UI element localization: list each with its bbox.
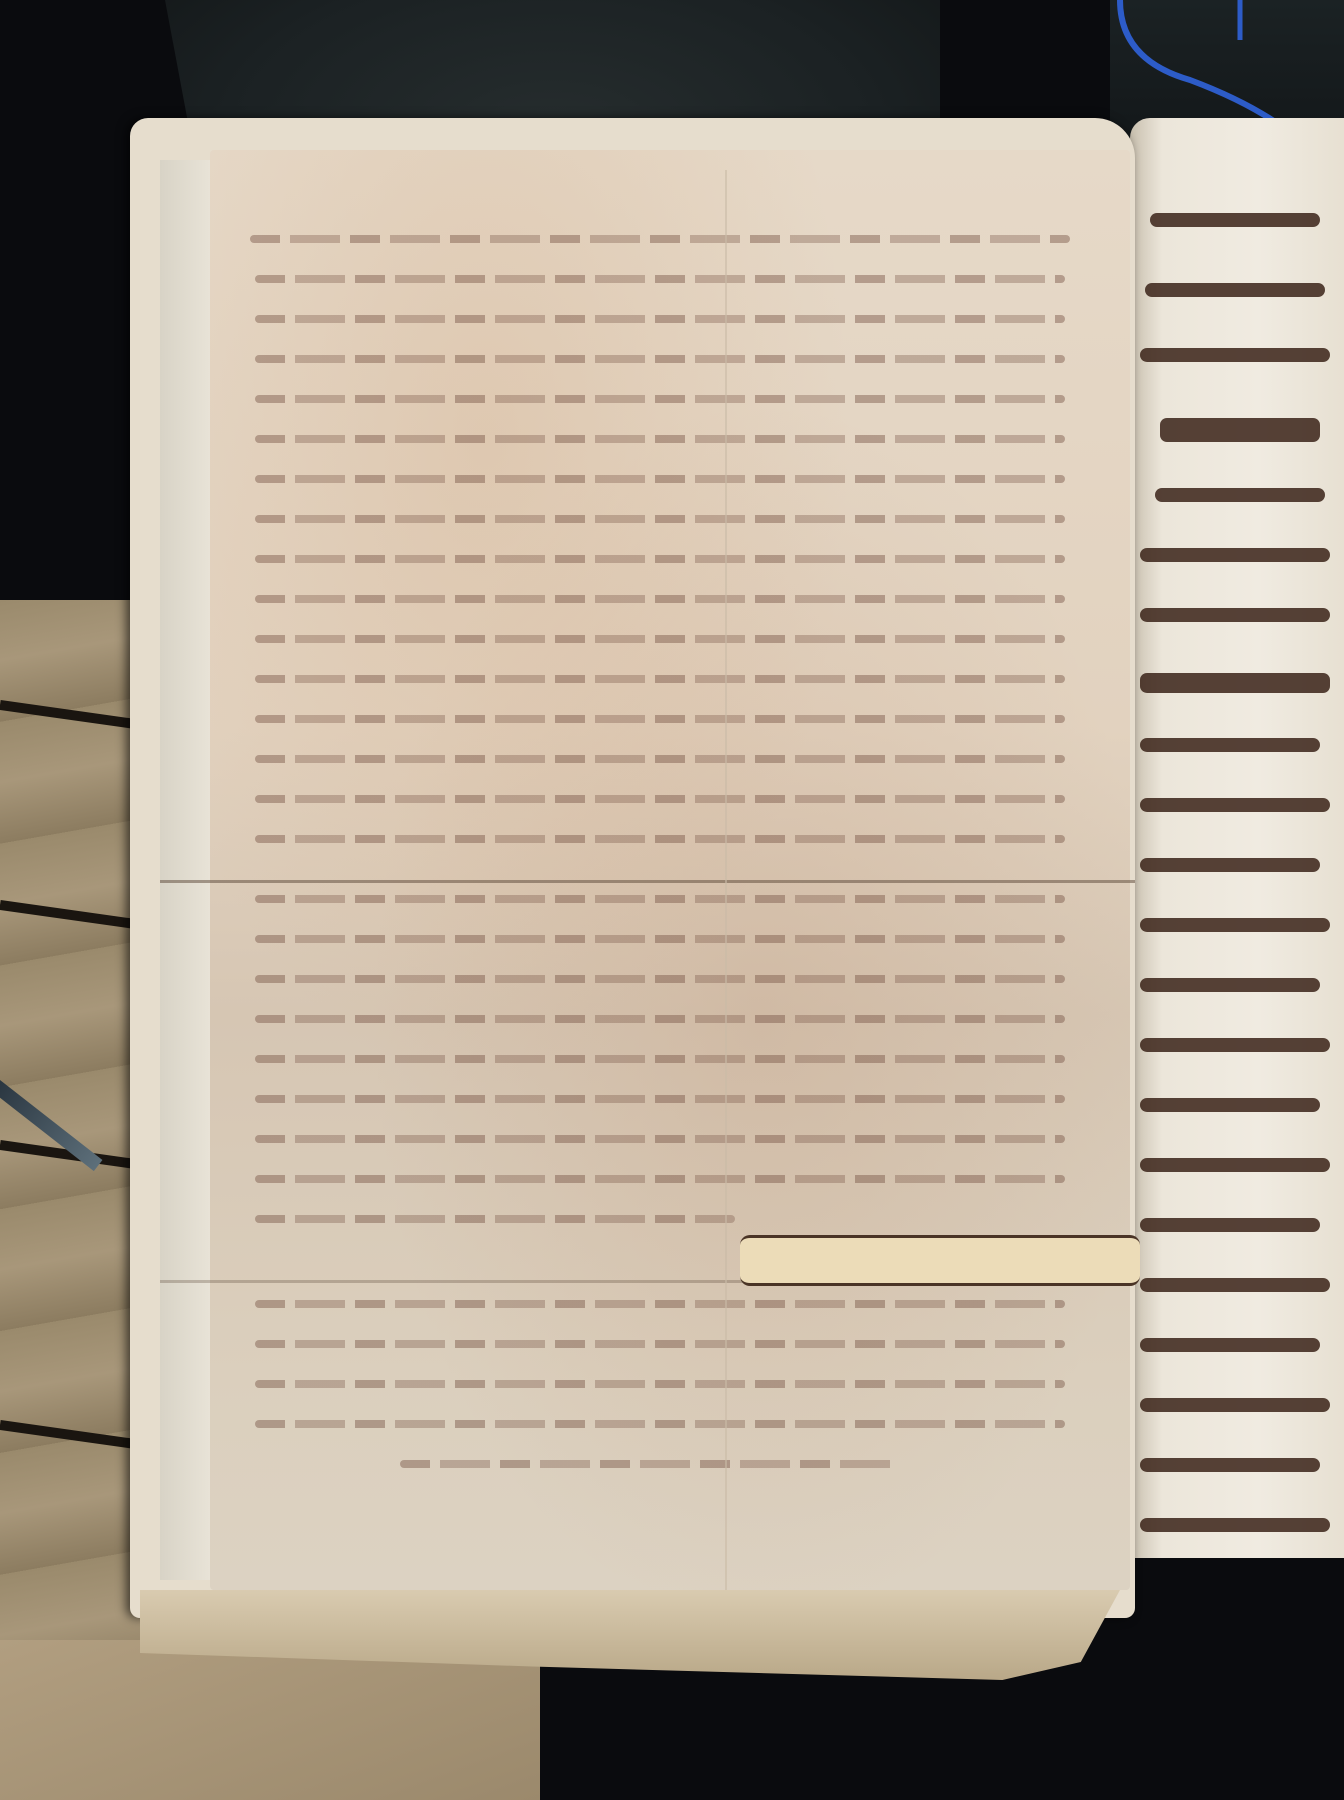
ink-line <box>1140 1458 1320 1472</box>
bleed-through-text <box>255 1135 1065 1143</box>
bleed-through-text <box>255 475 1065 483</box>
bleed-through-text <box>255 1055 1065 1063</box>
ink-line <box>1140 798 1330 812</box>
bleed-through-text <box>255 395 1065 403</box>
ink-line <box>1140 918 1330 932</box>
ink-line <box>1140 1098 1320 1112</box>
bleed-through-text <box>255 795 1065 803</box>
ink-line <box>1140 738 1320 752</box>
bleed-through-text <box>255 595 1065 603</box>
bleed-through-text <box>255 1175 1065 1183</box>
ink-line <box>1140 548 1330 562</box>
bleed-through-text <box>255 715 1065 723</box>
ink-line <box>1140 1398 1330 1412</box>
ink-line <box>1140 1158 1330 1172</box>
bleed-through-text <box>255 635 1065 643</box>
bleed-through-text <box>255 355 1065 363</box>
bleed-through-text <box>255 1340 1065 1348</box>
ink-line <box>1160 418 1320 442</box>
bleed-through-text <box>255 1215 735 1223</box>
bleed-through-text <box>255 435 1065 443</box>
ink-line <box>1140 1038 1330 1052</box>
ink-line <box>1155 488 1325 502</box>
bleed-through-text <box>255 755 1065 763</box>
bleed-through-text <box>255 895 1065 903</box>
right-page <box>1130 118 1344 1558</box>
bleed-through-text <box>255 835 1065 843</box>
bleed-through-text <box>400 1460 900 1468</box>
bleed-through-text <box>255 275 1065 283</box>
bleed-through-text <box>255 1380 1065 1388</box>
bleed-through-text <box>255 515 1065 523</box>
bleed-through-text <box>255 315 1065 323</box>
bleed-through-text <box>255 1095 1065 1103</box>
bleed-through-text <box>255 555 1065 563</box>
bleed-through-text <box>255 935 1065 943</box>
ink-line <box>1140 348 1330 362</box>
fold-crease <box>160 880 1135 883</box>
ink-line <box>1140 608 1330 622</box>
manuscript-photo: Photograph of an open antique handwritte… <box>0 0 1344 1800</box>
ink-line <box>1140 673 1330 693</box>
page-margin <box>160 160 210 1580</box>
bleed-through-text <box>255 1015 1065 1023</box>
bleed-through-text <box>255 675 1065 683</box>
ink-line <box>1140 1518 1330 1532</box>
torn-area <box>740 1235 1140 1286</box>
center-fold <box>725 170 727 1590</box>
ink-line <box>1140 1218 1320 1232</box>
ink-line <box>1140 978 1320 992</box>
bleed-through-text <box>250 235 1070 243</box>
ink-line <box>1145 283 1325 297</box>
left-page <box>210 150 1130 1590</box>
wooden-surface-bottom <box>0 1640 540 1800</box>
bleed-through-text <box>255 1420 1065 1428</box>
ink-line <box>1140 1278 1330 1292</box>
bleed-through-text <box>255 1300 1065 1308</box>
ink-line <box>1140 1338 1320 1352</box>
ink-line <box>1140 858 1320 872</box>
ink-line <box>1150 213 1320 227</box>
bleed-through-text <box>255 975 1065 983</box>
